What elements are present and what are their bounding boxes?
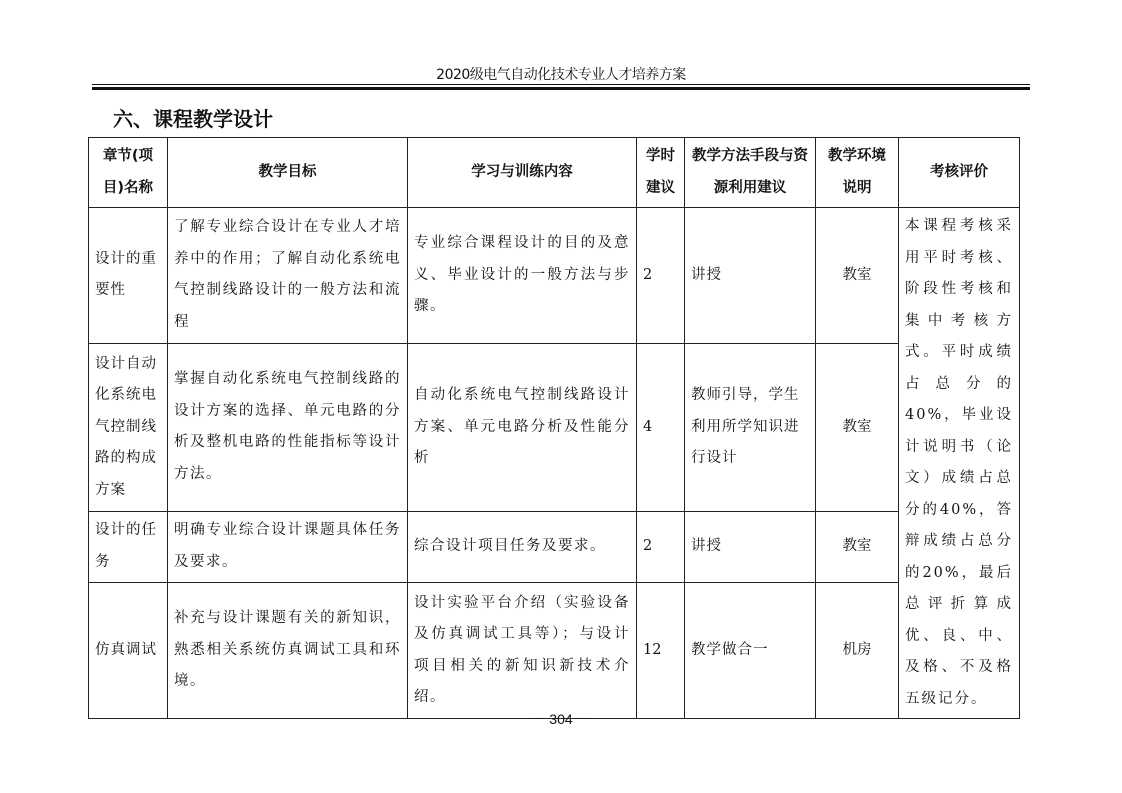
col-header-content: 学习与训练内容	[408, 138, 637, 208]
cell-name: 设计自动化系统电气控制线路的构成方案	[89, 343, 168, 511]
cell-hours: 12	[637, 583, 685, 719]
cell-environment: 机房	[816, 583, 899, 719]
cell-hours: 2	[637, 511, 685, 582]
cell-hours: 2	[637, 208, 685, 344]
col-header-goal: 教学目标	[168, 138, 408, 208]
cell-environment: 教室	[816, 511, 899, 582]
cell-content: 专业综合课程设计的目的及意义、毕业设计的一般方法与步骤。	[408, 208, 637, 344]
col-header-name: 章节(项目)名称	[89, 138, 168, 208]
cell-method: 教师引导，学生利用所学知识进行设计	[685, 343, 816, 511]
section-title: 六、课程教学设计	[113, 103, 273, 132]
table-header-row: 章节(项目)名称 教学目标 学习与训练内容 学时建议 教学方法手段与资源利用建议…	[89, 138, 1020, 208]
cell-assessment: 本课程考核采用平时考核、阶段性考核和集中考核方式。平时成绩占总分的40%，毕业设…	[899, 208, 1020, 719]
header-rule-thick	[92, 87, 1030, 90]
cell-method: 教学做合一	[685, 583, 816, 719]
cell-goal: 补充与设计课题有关的新知识，熟悉相关系统仿真调试工具和环境。	[168, 583, 408, 719]
cell-hours: 4	[637, 343, 685, 511]
col-header-hours: 学时建议	[637, 138, 685, 208]
running-header-title: 2020级电气自动化技术专业人才培养方案	[92, 64, 1030, 84]
col-header-assessment: 考核评价	[899, 138, 1020, 208]
cell-name: 设计的重要性	[89, 208, 168, 344]
page-number: － 304 －	[0, 709, 1122, 729]
table-row: 设计的任务 明确专业综合设计课题具体任务及要求。 综合设计项目任务及要求。 2 …	[89, 511, 1020, 582]
cell-name: 仿真调试	[89, 583, 168, 719]
cell-name: 设计的任务	[89, 511, 168, 582]
cell-goal: 明确专业综合设计课题具体任务及要求。	[168, 511, 408, 582]
cell-content: 自动化系统电气控制线路设计方案、单元电路分析及性能分析	[408, 343, 637, 511]
cell-content: 综合设计项目任务及要求。	[408, 511, 637, 582]
cell-method: 讲授	[685, 511, 816, 582]
cell-environment: 教室	[816, 208, 899, 344]
col-header-environment: 教学环境说明	[816, 138, 899, 208]
col-header-method: 教学方法手段与资源利用建议	[685, 138, 816, 208]
table-row: 设计的重要性 了解专业综合设计在专业人才培养中的作用；了解自动化系统电气控制线路…	[89, 208, 1020, 344]
cell-goal: 了解专业综合设计在专业人才培养中的作用；了解自动化系统电气控制线路设计的一般方法…	[168, 208, 408, 344]
cell-goal: 掌握自动化系统电气控制线路的设计方案的选择、单元电路的分析及整机电路的性能指标等…	[168, 343, 408, 511]
course-design-table: 章节(项目)名称 教学目标 学习与训练内容 学时建议 教学方法手段与资源利用建议…	[88, 137, 1020, 719]
cell-environment: 教室	[816, 343, 899, 511]
table-row: 设计自动化系统电气控制线路的构成方案 掌握自动化系统电气控制线路的设计方案的选择…	[89, 343, 1020, 511]
cell-method: 讲授	[685, 208, 816, 344]
header-rule-thin	[92, 84, 1030, 85]
table-row: 仿真调试 补充与设计课题有关的新知识，熟悉相关系统仿真调试工具和环境。 设计实验…	[89, 583, 1020, 719]
cell-content: 设计实验平台介绍（实验设备及仿真调试工具等）；与设计项目相关的新知识新技术介绍。	[408, 583, 637, 719]
